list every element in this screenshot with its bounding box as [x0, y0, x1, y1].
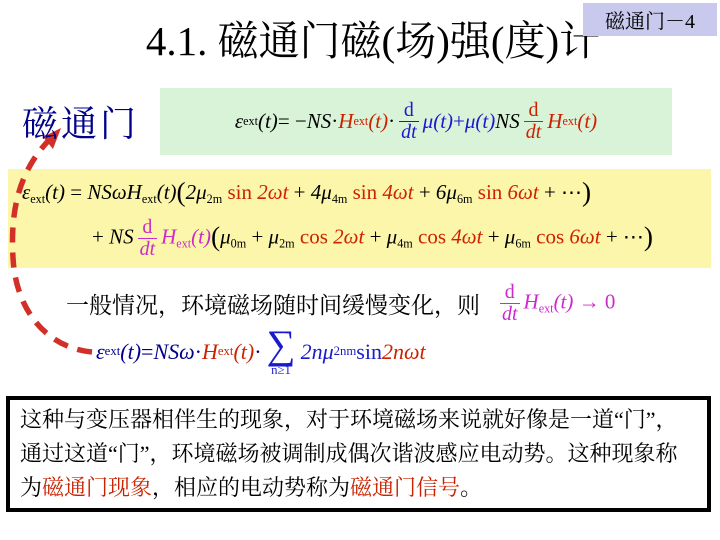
fluxgate-label: 磁通门: [22, 96, 139, 147]
equation-harmonic-line1: εext(t) = NSωHext(t)(2μ2m sin 2ωt + 4μ4m…: [8, 177, 711, 208]
equation-fluxgate-signal: εext(t) = NSω · Hext(t) · ∑n≥12nμ2nm sin…: [96, 328, 426, 375]
page-number-label: 磁通门－4: [605, 5, 695, 34]
equation-harmonic-expansion: εext(t) = NSωHext(t)(2μ2m sin 2ωt + 4μ4m…: [8, 169, 711, 268]
note-limit-equation: ddtHext(t) → 0: [496, 282, 615, 325]
slow-variation-note: 一般情况，环境磁场随时间缓慢变化，则 ddtHext(t) → 0: [66, 282, 615, 325]
equation-emf-general: εext(t) = −NS · Hext(t) · ddtμ(t) + μ(t)…: [160, 88, 672, 155]
note-text: 一般情况，环境磁场随时间缓慢变化，则: [66, 287, 480, 320]
page-number-badge: 磁通门－4: [583, 3, 717, 36]
explanation-box: 这种与变压器相伴生的现象，对于环境磁场来说就好像是一道“门”，通过这道“门”，环…: [6, 396, 711, 512]
equation-harmonic-line2: + NSddtHext(t)(μ0m + μ2m cos 2ωt + μ4m c…: [8, 217, 711, 260]
